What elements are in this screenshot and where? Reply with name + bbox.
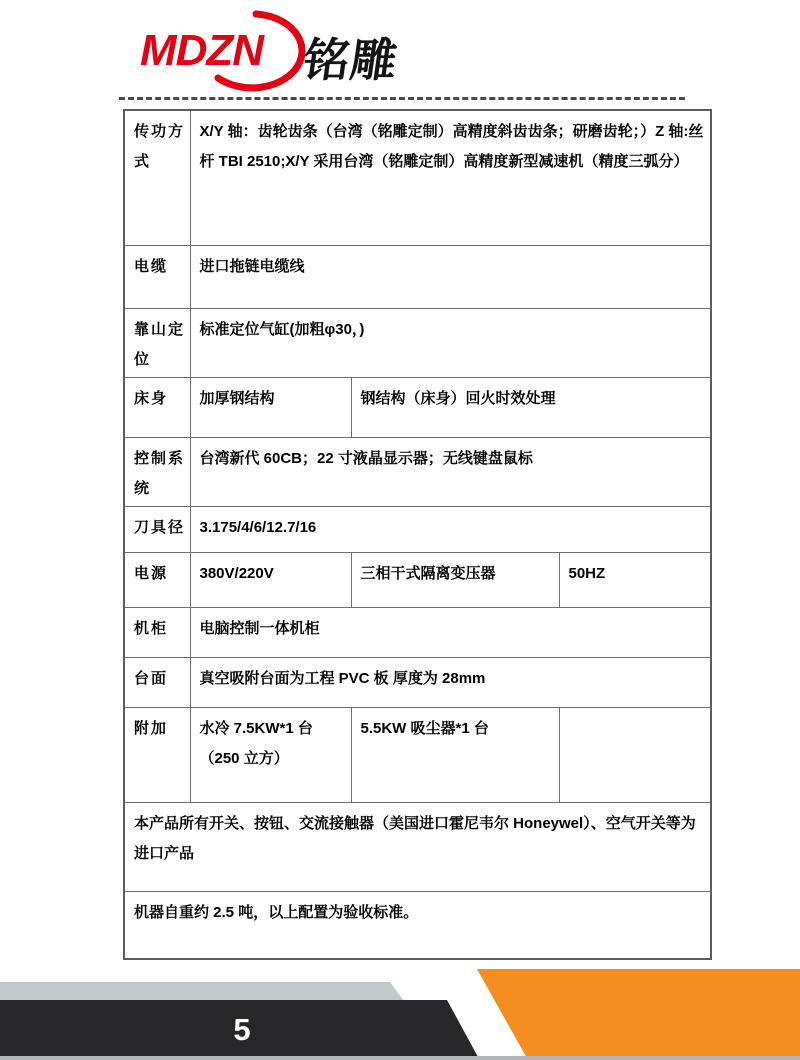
table-row: 台面 真空吸附台面为工程 PVC 板 厚度为 28mm xyxy=(124,657,711,707)
spec-value-cell: 加厚钢结构 xyxy=(190,377,351,437)
spec-label-cell: 附加 xyxy=(124,707,190,802)
table-row: 附加 水冷 7.5KW*1 台（250 立方） 5.5KW 吸尘器*1 台 xyxy=(124,707,711,802)
spec-value-cell: 50HZ xyxy=(559,552,711,607)
spec-label-cell: 控制系统 xyxy=(124,437,190,506)
table-row: 刀具径 3.175/4/6/12.7/16 xyxy=(124,506,711,552)
brand-logo: MDZN 铭雕 xyxy=(126,8,456,92)
spec-value-cell xyxy=(559,707,711,802)
brand-logo-cn-text: 铭雕 xyxy=(299,24,402,90)
spec-value-cell: 水冷 7.5KW*1 台（250 立方） xyxy=(190,707,351,802)
spec-value-cell: 3.175/4/6/12.7/16 xyxy=(190,506,711,552)
brand-logo-text: MDZN xyxy=(140,26,263,76)
note-row: 本产品所有开关、按钮、交流接触器（美国进口霍尼韦尔 Honeywel）、空气开关… xyxy=(124,802,711,891)
spec-value-cell: 真空吸附台面为工程 PVC 板 厚度为 28mm xyxy=(190,657,711,707)
table-row: 床身 加厚钢结构 钢结构（床身）回火时效处理 xyxy=(124,377,711,437)
spec-label-cell: 电缆 xyxy=(124,245,190,308)
table-row: 电源 380V/220V 三相干式隔离变压器 50HZ xyxy=(124,552,711,607)
spec-value-cell: 标准定位气缸(加粗φ30，) xyxy=(190,308,711,377)
spec-label-cell: 传功方式 xyxy=(124,110,190,245)
spec-label-cell: 台面 xyxy=(124,657,190,707)
spec-value-cell: 三相干式隔离变压器 xyxy=(351,552,559,607)
footer: 5 xyxy=(0,960,800,1060)
page-number: 5 xyxy=(218,1012,266,1048)
spec-value-cell: 电脑控制一体机柜 xyxy=(190,607,711,657)
spec-value-cell: 钢结构（床身）回火时效处理 xyxy=(351,377,711,437)
table-row: 机柜 电脑控制一体机柜 xyxy=(124,607,711,657)
table-row: 靠山定位 标准定位气缸(加粗φ30，) xyxy=(124,308,711,377)
spec-label-cell: 刀具径 xyxy=(124,506,190,552)
spec-label-cell: 电源 xyxy=(124,552,190,607)
spec-value-cell: X/Y 轴：齿轮齿条（台湾（铭雕定制）高精度斜齿齿条；研磨齿轮；）Z 轴:丝杆 … xyxy=(190,110,711,245)
spec-value-cell: 台湾新代 60CB；22 寸液晶显示器；无线键盘鼠标 xyxy=(190,437,711,506)
spec-value-cell: 380V/220V xyxy=(190,552,351,607)
note-cell: 机器自重约 2.5 吨，以上配置为验收标准。 xyxy=(124,891,711,959)
spec-label-cell: 床身 xyxy=(124,377,190,437)
table-row: 控制系统 台湾新代 60CB；22 寸液晶显示器；无线键盘鼠标 xyxy=(124,437,711,506)
footer-bottom-edge xyxy=(0,1056,800,1060)
spec-table: 传功方式 X/Y 轴：齿轮齿条（台湾（铭雕定制）高精度斜齿齿条；研磨齿轮；）Z … xyxy=(123,109,712,960)
spec-value-cell: 进口拖链电缆线 xyxy=(190,245,711,308)
table-row: 传功方式 X/Y 轴：齿轮齿条（台湾（铭雕定制）高精度斜齿齿条；研磨齿轮；）Z … xyxy=(124,110,711,245)
spec-label-cell: 靠山定位 xyxy=(124,308,190,377)
note-cell: 本产品所有开关、按钮、交流接触器（美国进口霍尼韦尔 Honeywel）、空气开关… xyxy=(124,802,711,891)
note-row: 机器自重约 2.5 吨，以上配置为验收标准。 xyxy=(124,891,711,959)
table-row: 电缆 进口拖链电缆线 xyxy=(124,245,711,308)
spec-value-cell: 5.5KW 吸尘器*1 台 xyxy=(351,707,559,802)
spec-label-cell: 机柜 xyxy=(124,607,190,657)
dashed-separator xyxy=(119,97,685,100)
